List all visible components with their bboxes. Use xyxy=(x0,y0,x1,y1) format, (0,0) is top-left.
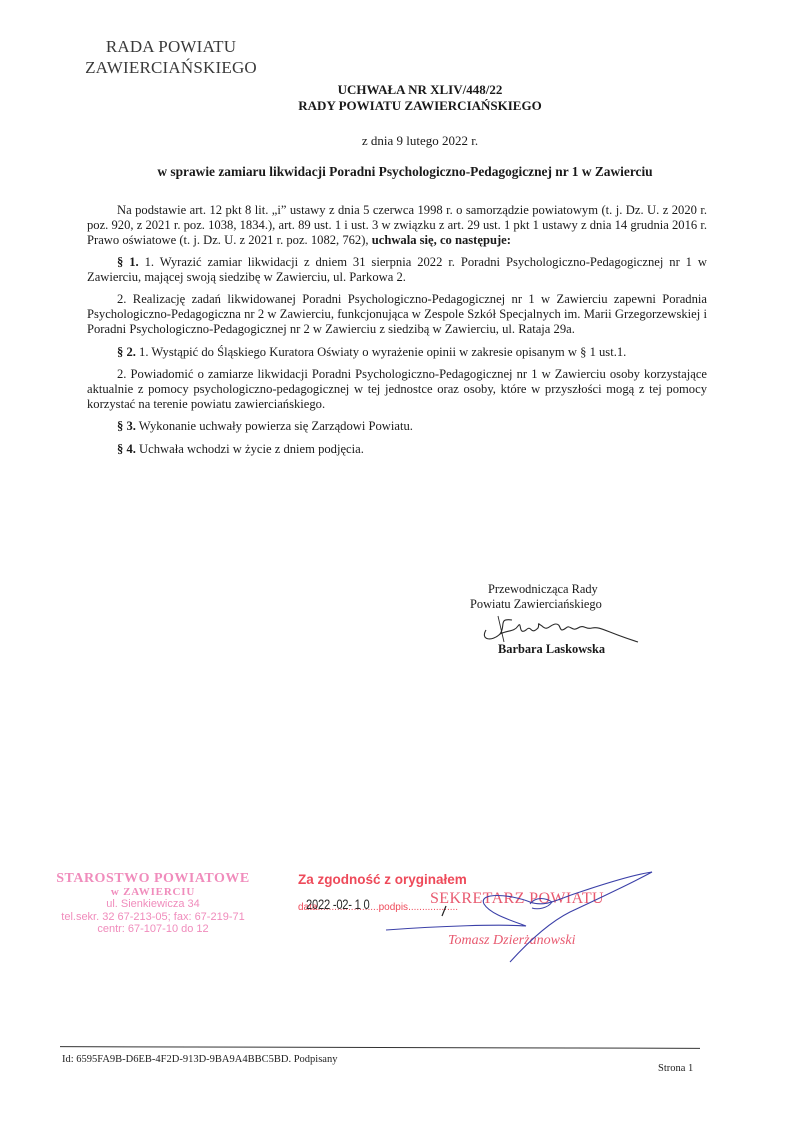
section-4-label: § 4. xyxy=(117,442,136,456)
stamp-starostwo-line1: STAROSTWO POWIATOWE xyxy=(38,872,268,886)
stamp-starostwo-phone: tel.sekr. 32 67-213-05; fax: 67-219-71 xyxy=(38,911,268,924)
secretary-signature-icon xyxy=(380,868,660,968)
stamped-date: 2022 -02- 1 0 xyxy=(306,896,370,912)
section-3-label: § 3. xyxy=(117,419,136,433)
section-1-label: § 1. xyxy=(117,255,139,269)
section-2-point-2: 2. Powiadomić o zamiarze likwidacji Pora… xyxy=(87,367,707,413)
resolution-body: Na podstawie art. 12 pkt 8 lit. „i” usta… xyxy=(87,203,707,464)
council-header-line2: ZAWIERCIAŃSKIEGO xyxy=(76,57,266,78)
section-3: § 3. Wykonanie uchwały powierza się Zarz… xyxy=(87,419,707,434)
section-2-point-1-text: 1. Wystąpić do Śląskiego Kuratora Oświat… xyxy=(136,345,626,359)
signatory-title-line1: Przewodnicząca Rady xyxy=(470,582,650,597)
council-header: RADA POWIATU ZAWIERCIAŃSKIEGO xyxy=(76,36,266,78)
resolution-subject: w sprawie zamiaru likwidacji Poradni Psy… xyxy=(140,164,670,180)
section-4: § 4. Uchwała wchodzi w życie z dniem pod… xyxy=(87,442,707,457)
stamp-starostwo-line2: w ZAWIERCIU xyxy=(38,886,268,898)
resolution-title: UCHWAŁA NR XLIV/448/22 RADY POWIATU ZAWI… xyxy=(240,82,600,114)
section-3-text: Wykonanie uchwały powierza się Zarządowi… xyxy=(136,419,413,433)
resolution-date: z dnia 9 lutego 2022 r. xyxy=(240,133,600,149)
section-2-point-1: § 2. 1. Wystąpić do Śląskiego Kuratora O… xyxy=(87,345,707,360)
stamp-starostwo: STAROSTWO POWIATOWE w ZAWIERCIU ul. Sien… xyxy=(38,872,268,936)
stamp-starostwo-address: ul. Sienkiewicza 34 xyxy=(38,898,268,911)
document-id: Id: 6595FA9B-D6EB-4F2D-913D-9BA9A4BBC5BD… xyxy=(62,1054,337,1065)
section-1-point-1-text: 1. Wyrazić zamiar likwidacji z dniem 31 … xyxy=(87,255,707,284)
section-4-text: Uchwała wchodzi w życie z dniem podjęcia… xyxy=(136,442,364,456)
page-number: Strona 1 xyxy=(658,1063,693,1074)
preamble: Na podstawie art. 12 pkt 8 lit. „i” usta… xyxy=(87,203,707,249)
signatory-title-line2: Powiatu Zawierciańskiego xyxy=(470,597,650,612)
council-header-line1: RADA POWIATU xyxy=(76,36,266,57)
section-2-label: § 2. xyxy=(117,345,136,359)
resolution-number: UCHWAŁA NR XLIV/448/22 xyxy=(240,82,600,98)
footer-divider xyxy=(60,1046,700,1049)
section-1-point-1: § 1. 1. Wyrazić zamiar likwidacji z dnie… xyxy=(87,255,707,285)
preamble-enacting-clause: uchwala się, co następuje: xyxy=(372,233,511,247)
section-1-point-2: 2. Realizację zadań likwidowanej Poradni… xyxy=(87,292,707,338)
resolution-issuer: RADY POWIATU ZAWIERCIAŃSKIEGO xyxy=(240,98,600,114)
stamp-starostwo-central: centr: 67-107-10 do 12 xyxy=(38,923,268,936)
handwritten-signature-icon xyxy=(478,612,648,648)
